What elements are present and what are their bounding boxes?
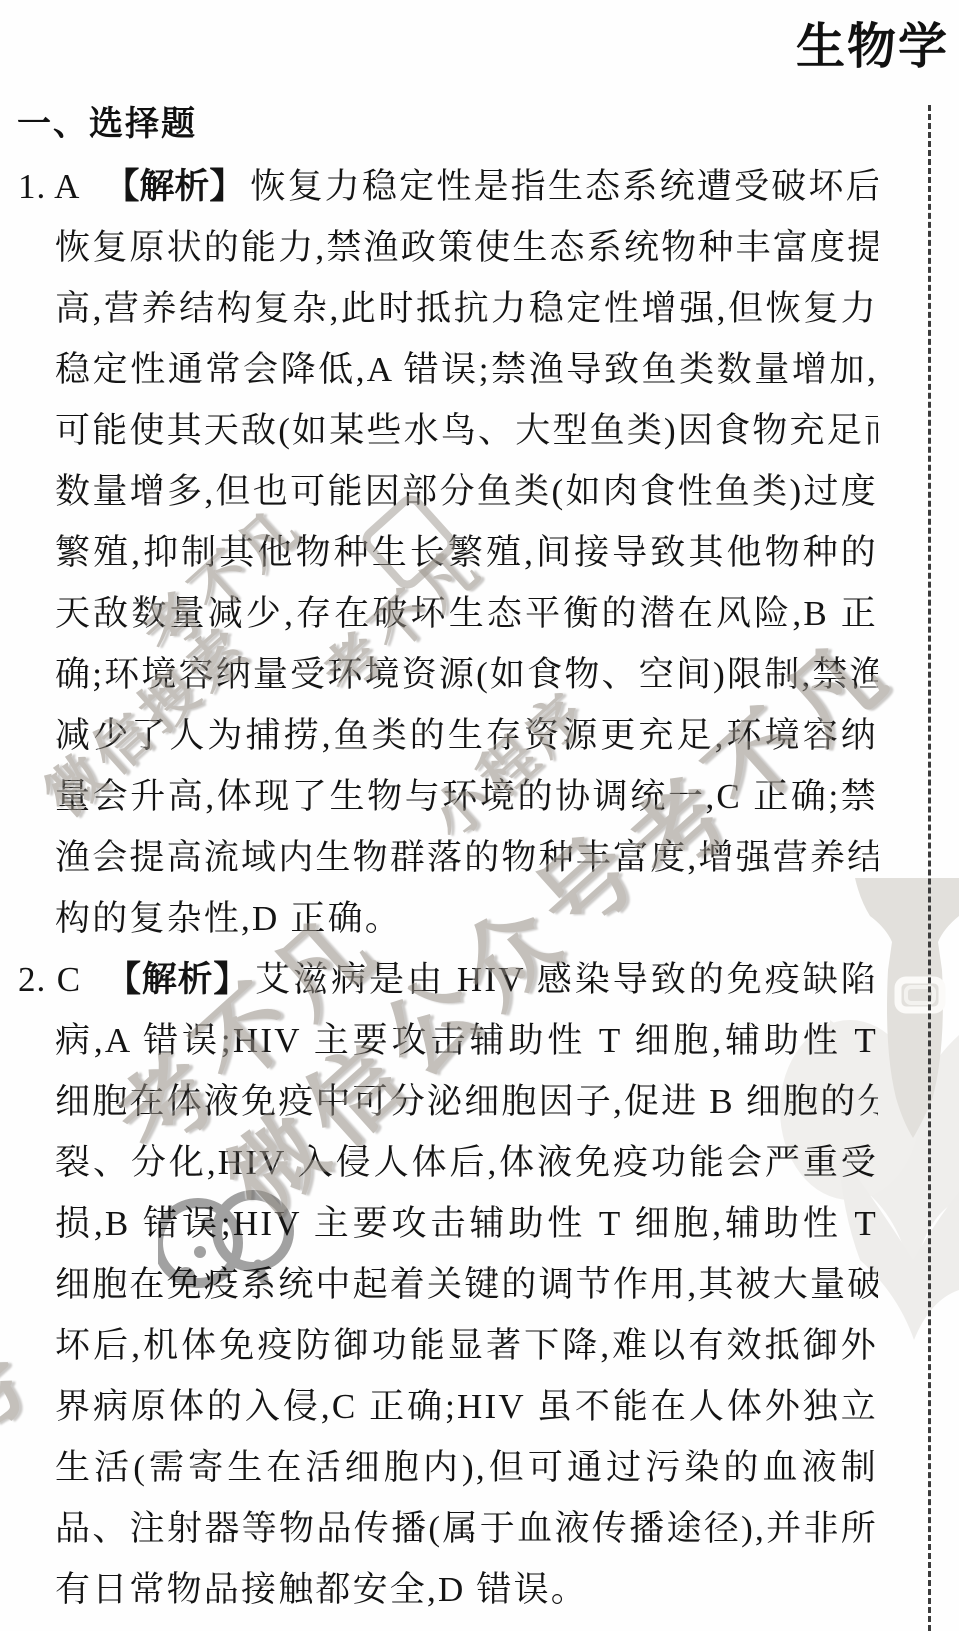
- answer-explanations: 1. A【解析】恢复力稳定性是指生态系统遭受破坏后 恢复原状的能力,禁渔政策使生…: [18, 156, 878, 1620]
- explanation-line: 品、注射器等物品传播(属于血液传播途径),并非所: [55, 1498, 878, 1559]
- question-number-answer: 1. A: [18, 167, 80, 206]
- section-header: 一、选择题: [17, 96, 197, 145]
- explanation-line: 生活(需寄生在活细胞内),但可通过污染的血液制: [55, 1437, 878, 1498]
- answer-sheet-page: { "page": { "title": "生物学" }, "section":…: [0, 0, 959, 1631]
- analysis-marker: 【解析】: [104, 167, 244, 206]
- column-divider-line: [928, 105, 931, 1631]
- explanation-line: 稳定性通常会降低,A 错误;禁渔导致鱼类数量增加,: [55, 339, 878, 400]
- question-number-answer: 2. C: [18, 960, 81, 999]
- explanation-text: 恢复力稳定性是指生态系统遭受破坏后: [250, 167, 878, 206]
- explanation-line: 恢复原状的能力,禁渔政策使生态系统物种丰富度提: [55, 217, 878, 278]
- explanation-first-line: 1. A【解析】恢复力稳定性是指生态系统遭受破坏后: [18, 156, 878, 217]
- explanation-line: 高,营养结构复杂,此时抵抗力稳定性增强,但恢复力: [55, 278, 878, 339]
- explanation-line: 数量增多,但也可能因部分鱼类(如肉食性鱼类)过度: [55, 461, 878, 522]
- explanation-line: 有日常物品接触都安全,D 错误。: [55, 1559, 878, 1620]
- explanation-line: 坏后,机体免疫防御功能显著下降,难以有效抵御外: [55, 1315, 878, 1376]
- explanation-line: 损,B 错误;HIV 主要攻击辅助性 T 细胞,辅助性 T: [55, 1193, 878, 1254]
- explanation-line: 细胞在免疫系统中起着关键的调节作用,其被大量破: [55, 1254, 878, 1315]
- explanation-line: 界病原体的入侵,C 正确;HIV 虽不能在人体外独立: [55, 1376, 878, 1437]
- page-title: 生物学: [796, 8, 949, 78]
- explanation-line: 可能使其天敌(如某些水鸟、大型鱼类)因食物充足而: [55, 400, 878, 461]
